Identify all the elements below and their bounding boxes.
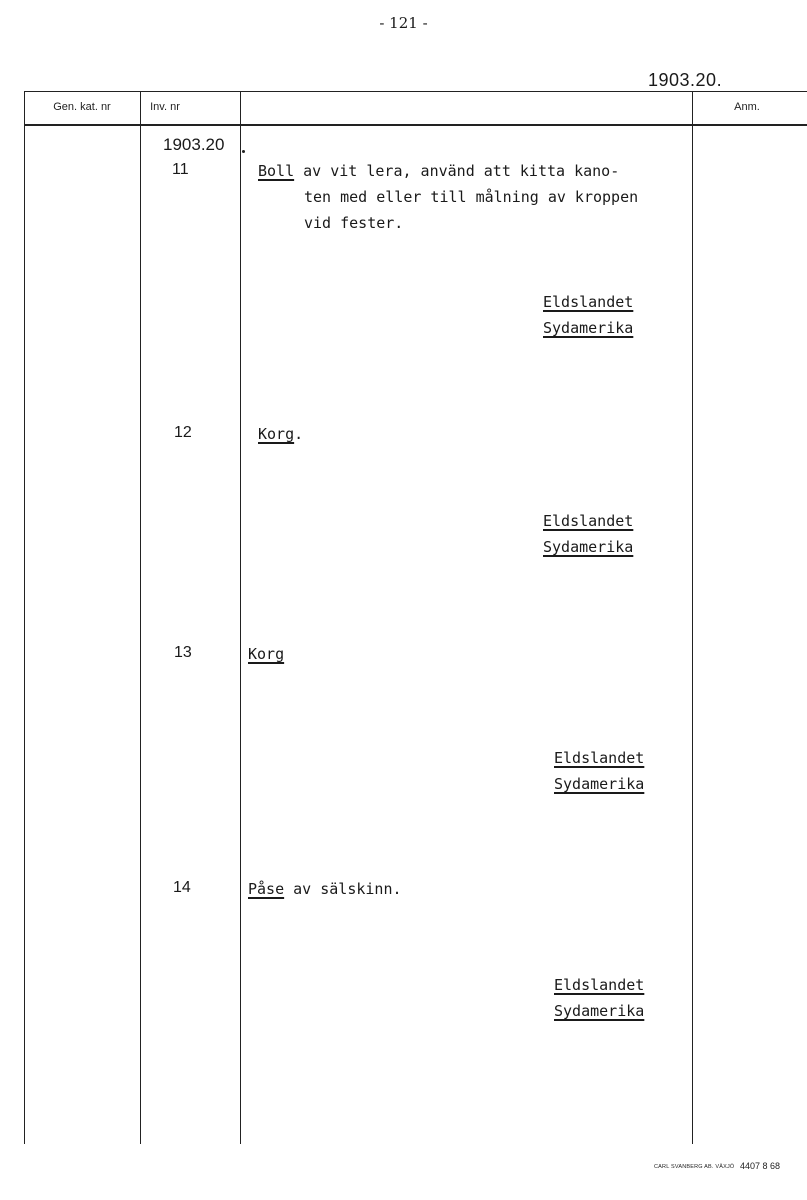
entry-description: Korg	[248, 641, 284, 667]
column-divider-2	[240, 91, 241, 1144]
entry-location: Eldslandet	[543, 289, 633, 315]
printer-imprint: CARL SVANBERG AB. VÄXJÖ	[654, 1164, 734, 1170]
entry-description-first-line: av vit lera, använd att kitta kano-	[294, 162, 619, 180]
entry-description-first-line: .	[294, 425, 303, 443]
accession-dot	[242, 150, 245, 153]
entry-region: Sydamerika	[554, 998, 644, 1024]
column-header-anm: Anm.	[692, 101, 802, 113]
entry-inv-nr: 12	[174, 424, 192, 442]
entry-description: Påse av sälskinn.	[248, 876, 402, 902]
column-divider-1	[140, 91, 141, 1144]
entry-inv-nr: 11	[172, 161, 189, 179]
entry-title: Korg	[248, 645, 284, 663]
entry-region: Sydamerika	[543, 534, 633, 560]
entry-location: Eldslandet	[554, 972, 644, 998]
entry-description-line: vid fester.	[304, 210, 403, 236]
column-divider-left	[24, 91, 25, 1144]
column-divider-3	[692, 91, 693, 1144]
form-code: 4407 8 68	[740, 1161, 780, 1171]
accession-in-cell: 1903.20	[163, 135, 224, 155]
entry-location: Eldslandet	[543, 508, 633, 534]
entry-region: Sydamerika	[543, 315, 633, 341]
entry-title: Korg	[258, 425, 294, 443]
table-header-rule	[24, 124, 807, 126]
entry-description-line: ten med eller till målning av kroppen	[304, 184, 638, 210]
column-header-inv-nr: Inv. nr	[140, 101, 190, 113]
accession-header: 1903.20.	[648, 70, 722, 91]
entry-region: Sydamerika	[554, 771, 644, 797]
entry-description: Korg.	[258, 421, 303, 447]
entry-location: Eldslandet	[554, 745, 644, 771]
page-number: - 121 -	[0, 14, 807, 32]
entry-inv-nr: 13	[174, 644, 192, 662]
table-top-rule	[24, 91, 807, 92]
entry-description-first-line: av sälskinn.	[284, 880, 401, 898]
entry-inv-nr: 14	[173, 879, 191, 897]
entry-description: Boll av vit lera, använd att kitta kano-	[258, 158, 619, 184]
entry-title: Boll	[258, 162, 294, 180]
entry-title: Påse	[248, 880, 284, 898]
column-header-gen-kat-nr: Gen. kat. nr	[24, 101, 140, 113]
